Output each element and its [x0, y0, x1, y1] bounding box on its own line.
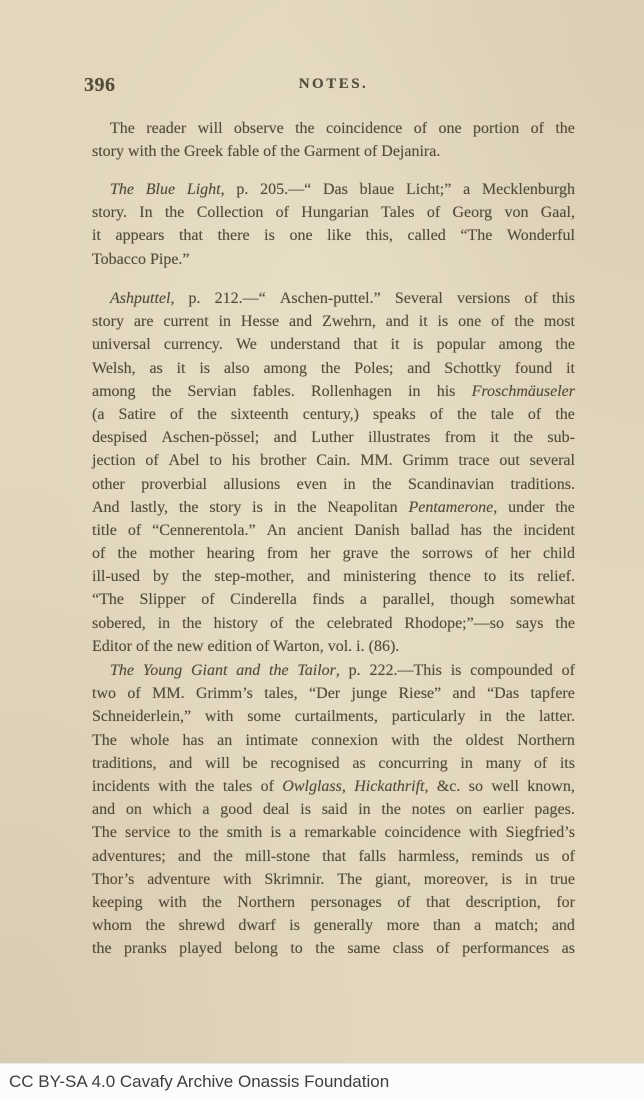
text-line: itappearsthatthereisonelikethis,called“T… [92, 224, 575, 247]
text-line: TheBlueLight,p.205.—“DasblaueLicht;”aMec… [92, 178, 575, 201]
text-line: whomtheshrewddwarfisgenerallymorethanama… [92, 914, 575, 937]
paragraph: TheYoungGiantandtheTailor,p.222.—Thisisc… [92, 659, 575, 960]
text-line: despisedAschen-pössel;andLutherillustrat… [92, 426, 575, 449]
running-head: NOTES. [92, 76, 575, 93]
text-line: adventures;andthemill-stonethatfallsharm… [92, 845, 575, 868]
page-number: 396 [84, 74, 116, 97]
text-line: sobered,inthehistoryofthecelebratedRhodo… [92, 612, 575, 635]
text-line: keepingwiththeNorthernpersonagesofthatde… [92, 891, 575, 914]
text-line: universalcurrency.Weunderstandthatitispo… [92, 333, 575, 356]
text-line: titleof“Cennerentola.”AnancientDanishbal… [92, 519, 575, 542]
text-line: otherproverbialallusionsevenintheScandin… [92, 473, 575, 496]
text-line: ill-usedbythestep-mother,andministeringt… [92, 565, 575, 588]
page-header: 396 NOTES. [92, 76, 575, 100]
text-line: “TheSlipperofCinderellafindsaparallel,th… [92, 588, 575, 611]
scanned-book-page: 396 NOTES. Thereaderwillobservethecoinci… [0, 0, 644, 1063]
text-line: Ashputtel,p.212.—“Aschen-puttel.”Several… [92, 287, 575, 310]
text-line: TheYoungGiantandtheTailor,p.222.—Thisisc… [92, 659, 575, 682]
text-line: Welsh,asitisalsoamongthePoles;andSchottk… [92, 357, 575, 380]
text-line: Tobacco Pipe.” [92, 248, 575, 271]
text-line: Thewholehasanintimateconnexionwiththeold… [92, 729, 575, 752]
text-line: story with the Greek fable of the Garmen… [92, 140, 575, 163]
text-line: Schneiderlein,”withsomecurtailments,part… [92, 705, 575, 728]
text-line: traditions,andwillberecognisedasconcurri… [92, 752, 575, 775]
text-line: amongtheServianfables.RollenhageninhisFr… [92, 380, 575, 403]
text-line: story.IntheCollectionofHungarianTalesofG… [92, 201, 575, 224]
license-bar: CC BY-SA 4.0 Cavafy Archive Onassis Foun… [0, 1063, 644, 1099]
paragraph: TheBlueLight,p.205.—“DasblaueLicht;”aMec… [92, 178, 575, 271]
text-line: jectionofAbeltohisbrotherCain.MM.Grimmtr… [92, 449, 575, 472]
license-text: CC BY-SA 4.0 Cavafy Archive Onassis Foun… [9, 1072, 389, 1092]
text-line: Thereaderwillobservethecoincidenceofonep… [92, 117, 575, 140]
text-line: Thor’sadventurewithSkrimnir.Thegiant,mor… [92, 868, 575, 891]
text-line: Editor of the new edition of Warton, vol… [92, 635, 575, 658]
text-line: ofthemotherhearingfromhergravethesorrows… [92, 542, 575, 565]
text-line: twoofMM.Grimm’stales,“DerjungeRiese”and“… [92, 682, 575, 705]
text-line: thepranksplayedbelongtothesameclassofper… [92, 937, 575, 960]
text-line: storyarecurrentinHesseandZwehrn,anditiso… [92, 310, 575, 333]
text-line: andonwhichagooddealissaidinthenotesonear… [92, 798, 575, 821]
text-line: incidentswiththetalesofOwlglass,Hickathr… [92, 775, 575, 798]
paragraph: Ashputtel,p.212.—“Aschen-puttel.”Several… [92, 287, 575, 658]
paragraph: Thereaderwillobservethecoincidenceofonep… [92, 117, 575, 163]
text-line: (aSatireofthesixteenthcentury,)speaksoft… [92, 403, 575, 426]
text-line: Theservicetothesmithisaremarkablecoincid… [92, 821, 575, 844]
text-line: Andlastly,thestoryisintheNeapolitanPenta… [92, 496, 575, 519]
